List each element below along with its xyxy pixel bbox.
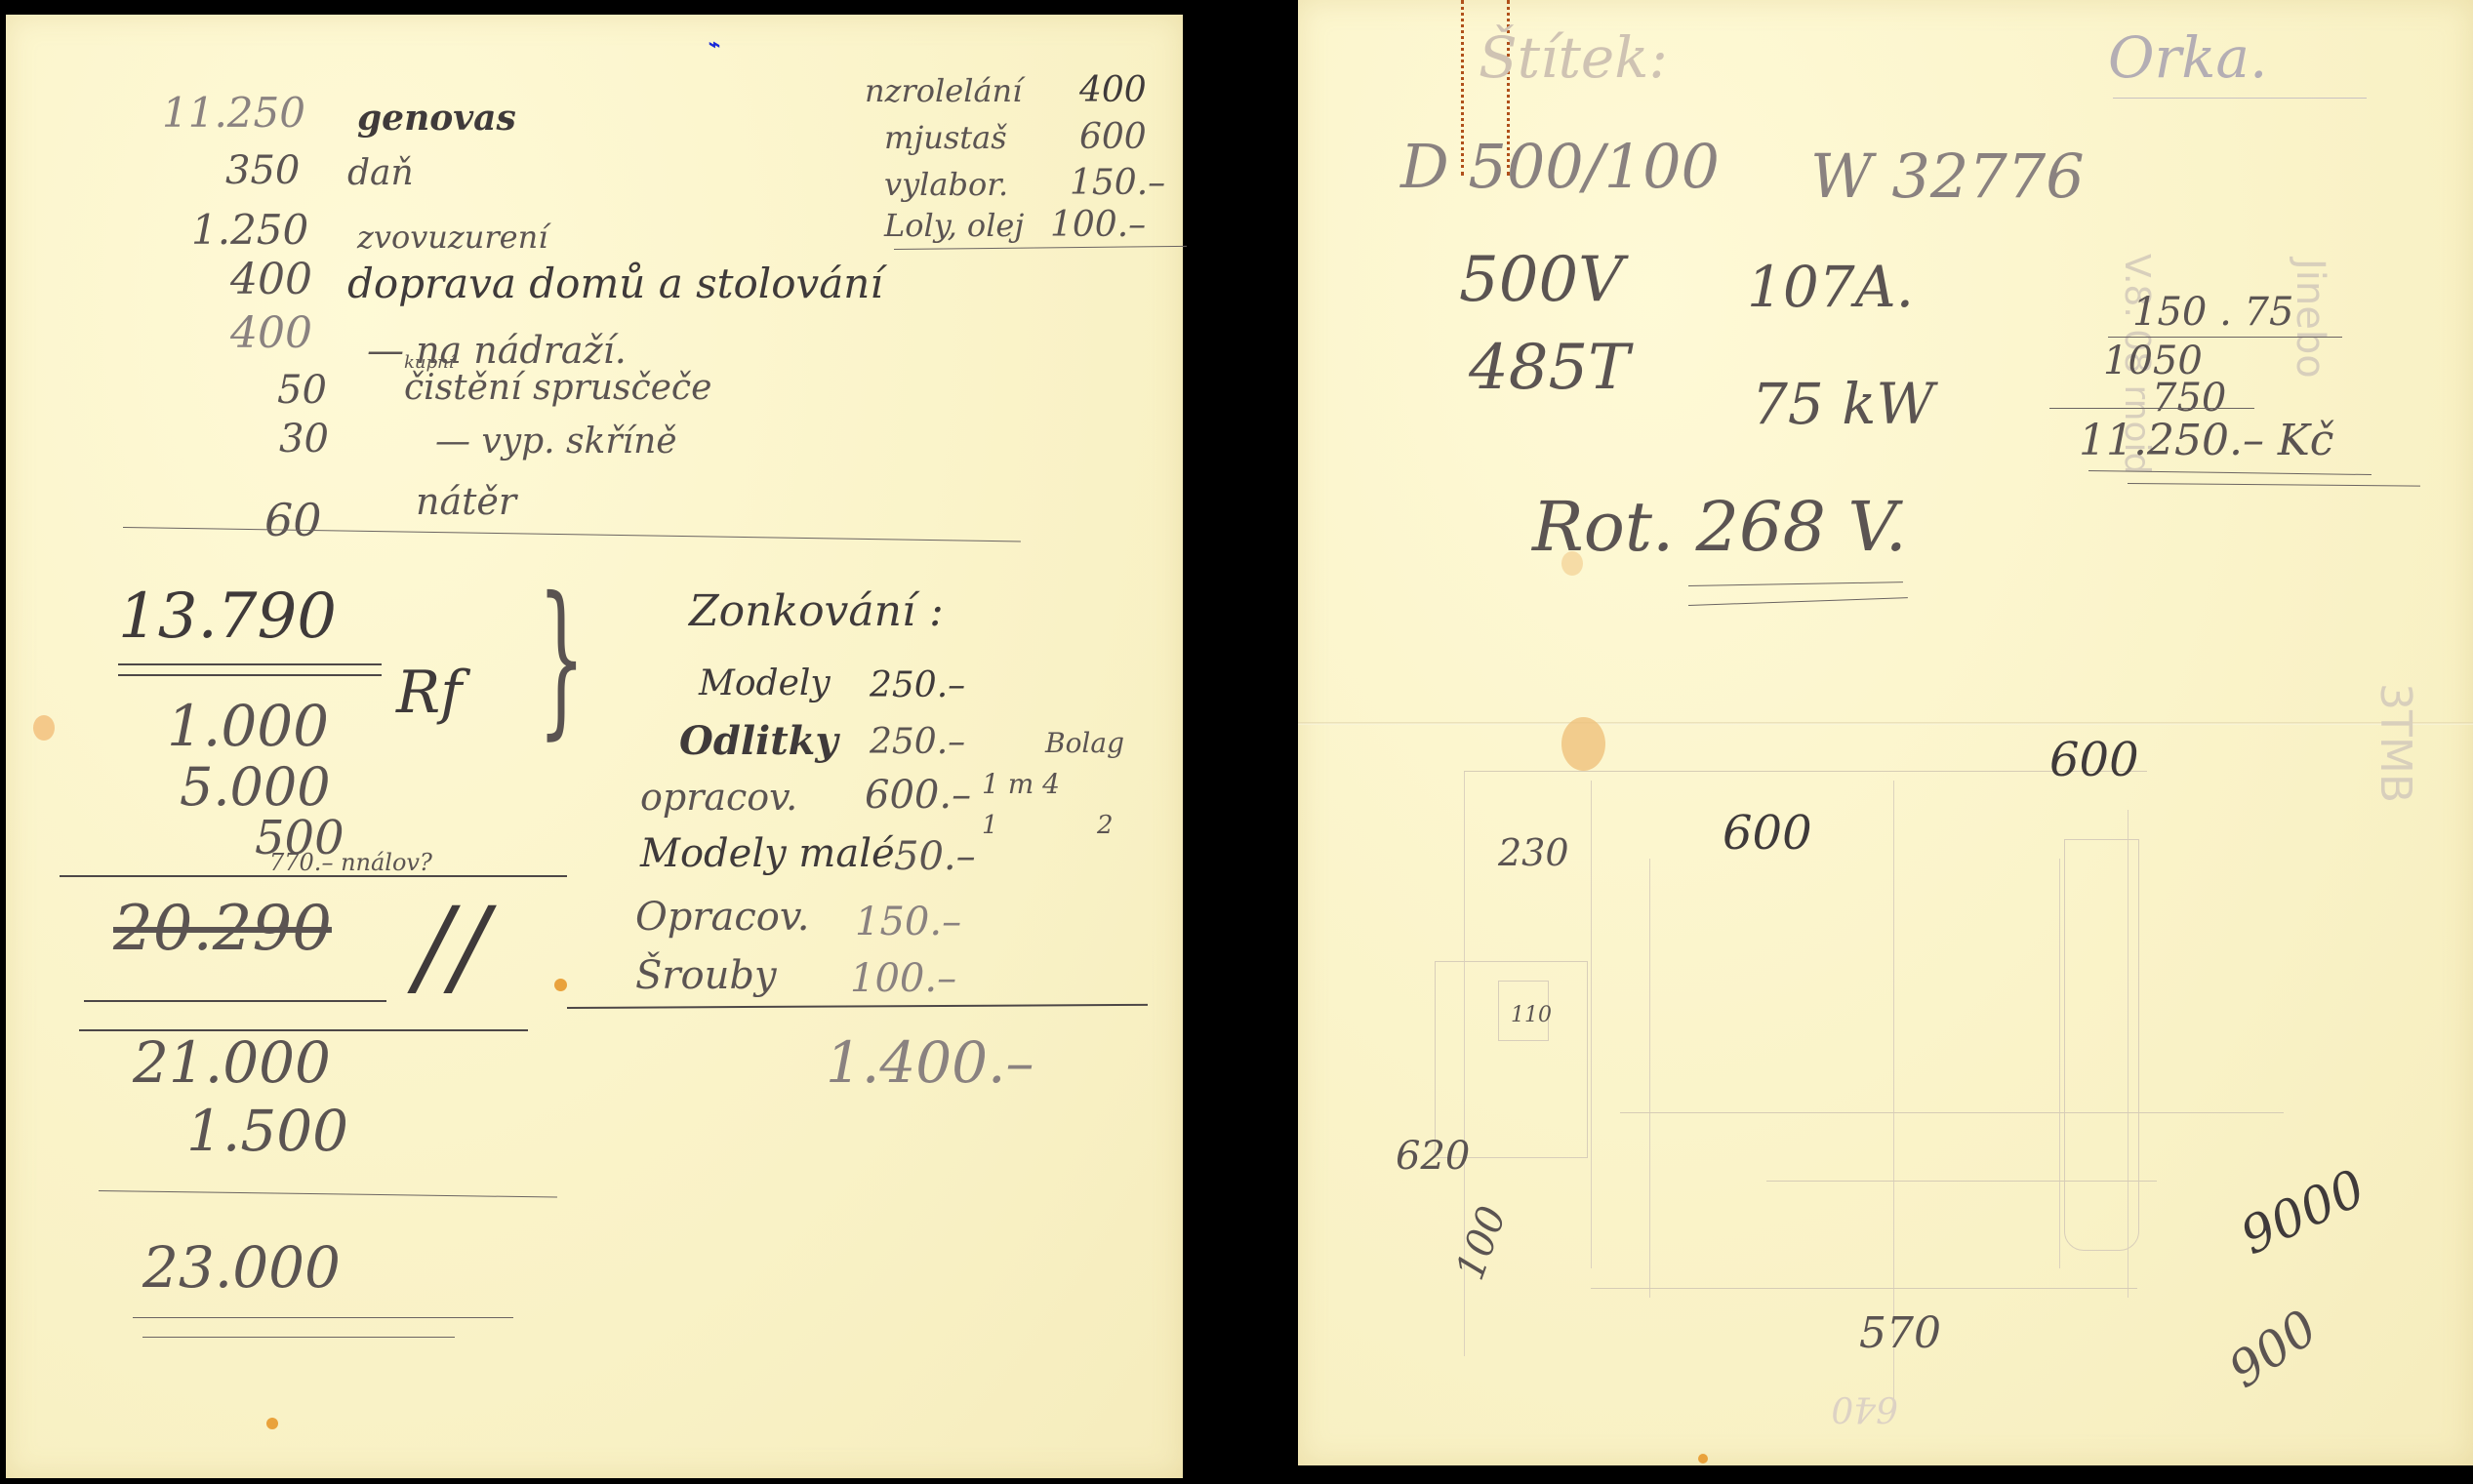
expense-amount: 60 [264, 498, 322, 542]
sketch-dimension: 600 [1723, 810, 1812, 857]
divider [99, 1190, 557, 1198]
calc-line: 750 [2152, 379, 2226, 418]
casting-side-number: 2 [1097, 813, 1114, 838]
expense-label: daň [347, 156, 414, 191]
blue-ink-mark: ⌁ [709, 32, 720, 56]
total-mark: // [416, 893, 488, 1000]
fold-crease [1298, 722, 2473, 725]
stain [1561, 717, 1605, 771]
sketch-dimension: 600 [2049, 737, 2139, 783]
divider [2113, 98, 2367, 99]
casting-amount: 100.– [850, 959, 956, 998]
side-item-amount: 600 [1079, 120, 1147, 155]
subtotal: 13.790 [118, 585, 337, 648]
expense-amount: 400 [230, 312, 312, 355]
divider [894, 246, 1187, 250]
spec-w: W 32776 [1810, 146, 2085, 207]
casting-total: 1.400.– [826, 1034, 1034, 1091]
divider [60, 875, 567, 877]
curly-brace: } [538, 576, 586, 742]
sketch-dimension: 570 [1859, 1312, 1941, 1355]
divider [84, 1000, 386, 1002]
addition-item: 1.000 [167, 698, 329, 754]
side-item-label: Loly, olej [884, 210, 1024, 241]
expense-amount: 1.250 [191, 210, 308, 251]
divider [142, 1337, 455, 1338]
stain [33, 715, 55, 741]
casting-title: Zonkování : [689, 590, 944, 633]
heading-faint: Štítek: [1479, 29, 1668, 86]
sketch-dimension: 900 [2221, 1303, 2326, 1396]
sketch-dimension: 100 [1450, 1201, 1513, 1284]
expense-label: nátěr [416, 483, 516, 520]
casting-label: Modely malé [640, 834, 895, 873]
sketch-dimension: 110 [1511, 1005, 1552, 1026]
casting-label: Opracov. [635, 898, 809, 937]
calc-line: 1050 [2103, 341, 2203, 381]
right-page: vrnaid Jinebo V.8. 08 rnoid 3TMB Štítek:… [1298, 0, 2473, 1465]
calc-result: 11.250.– Kč [2079, 420, 2333, 462]
casting-label: Modely [699, 666, 831, 702]
left-page: ⌁ 11.250 genovas 350 daň 1.250 zvovuzure… [6, 15, 1183, 1478]
expense-label: zvovuzurení [357, 221, 547, 253]
casting-side-number: 1 m 4 [982, 771, 1060, 798]
expense-amount: 50 [277, 371, 327, 410]
power: 75 kW [1752, 376, 1934, 432]
side-item-amount: 400 [1079, 73, 1147, 108]
casting-amount: 50.– [894, 837, 976, 876]
current: 107A. [1747, 259, 1914, 315]
casting-label: opracov. [640, 779, 797, 816]
rpm: 485T [1469, 337, 1630, 399]
side-item-amount: 100.– [1050, 208, 1146, 243]
side-item-label: vylabor. [884, 169, 1008, 200]
expense-label: genovas [357, 100, 516, 136]
casting-label: Odlitky [679, 722, 838, 761]
stain [1698, 1454, 1708, 1464]
calc-line: 150 . 75 [2132, 293, 2293, 332]
addition-annotation: Rf [396, 663, 462, 722]
expense-amount: 30 [279, 420, 329, 459]
divider [2049, 408, 2254, 409]
casting-side-note: Bolag [1045, 730, 1124, 757]
divider [567, 1004, 1148, 1009]
divider [1688, 597, 1908, 606]
expense-label: doprava domů a stolování [347, 263, 883, 304]
expense-label: — vyp. skříně [435, 424, 677, 460]
addition-note: 770.– nnálov? [269, 851, 432, 874]
divider [1688, 582, 1903, 586]
divider [2108, 337, 2342, 338]
casting-label: Šrouby [635, 956, 777, 995]
sketch-dimension: 620 [1396, 1137, 1470, 1176]
sum-line: 1.500 [186, 1103, 348, 1159]
rotor: Rot. 268 V. [1532, 493, 1907, 561]
show-through-text: 3TMB [2371, 683, 2420, 803]
spec-d: D 500/100 [1400, 137, 1720, 197]
casting-amount: 600.– [865, 776, 971, 815]
voltage: 500V [1459, 249, 1623, 311]
addition-item: 5.000 [180, 761, 331, 814]
show-through-text: Jinebo [2288, 259, 2332, 379]
sketch-dimension-faint: 640 [1831, 1390, 1898, 1425]
divider [133, 1317, 513, 1318]
sketch-dimension: 230 [1498, 834, 1569, 871]
side-item-amount: 150.– [1070, 166, 1165, 201]
divider [118, 674, 382, 676]
stain [266, 1418, 278, 1429]
sketch-dimension: 9000 [2234, 1163, 2372, 1263]
expense-label: čistění sprusčeče [404, 371, 711, 406]
expense-amount: 400 [230, 259, 312, 301]
grand-total: 23.000 [142, 1239, 341, 1296]
casting-side-number: 1 [982, 813, 998, 838]
stain [1561, 551, 1583, 576]
sum-line: 21.000 [133, 1034, 331, 1091]
casting-amount: 250.– [870, 668, 965, 703]
divider [2128, 483, 2420, 487]
divider [123, 527, 1021, 541]
expense-amount: 11.250 [162, 93, 305, 134]
casting-amount: 150.– [855, 902, 961, 942]
side-item-label: mjustaš [884, 122, 1007, 153]
heading-right: Orka. [2108, 29, 2267, 86]
crossed-total: 20.290 [113, 898, 332, 960]
casting-amount: 250.– [870, 725, 965, 760]
stain [554, 979, 567, 991]
expense-amount: 350 [225, 151, 300, 190]
divider [118, 663, 382, 665]
side-item-label: nzrolelání [865, 75, 1022, 106]
